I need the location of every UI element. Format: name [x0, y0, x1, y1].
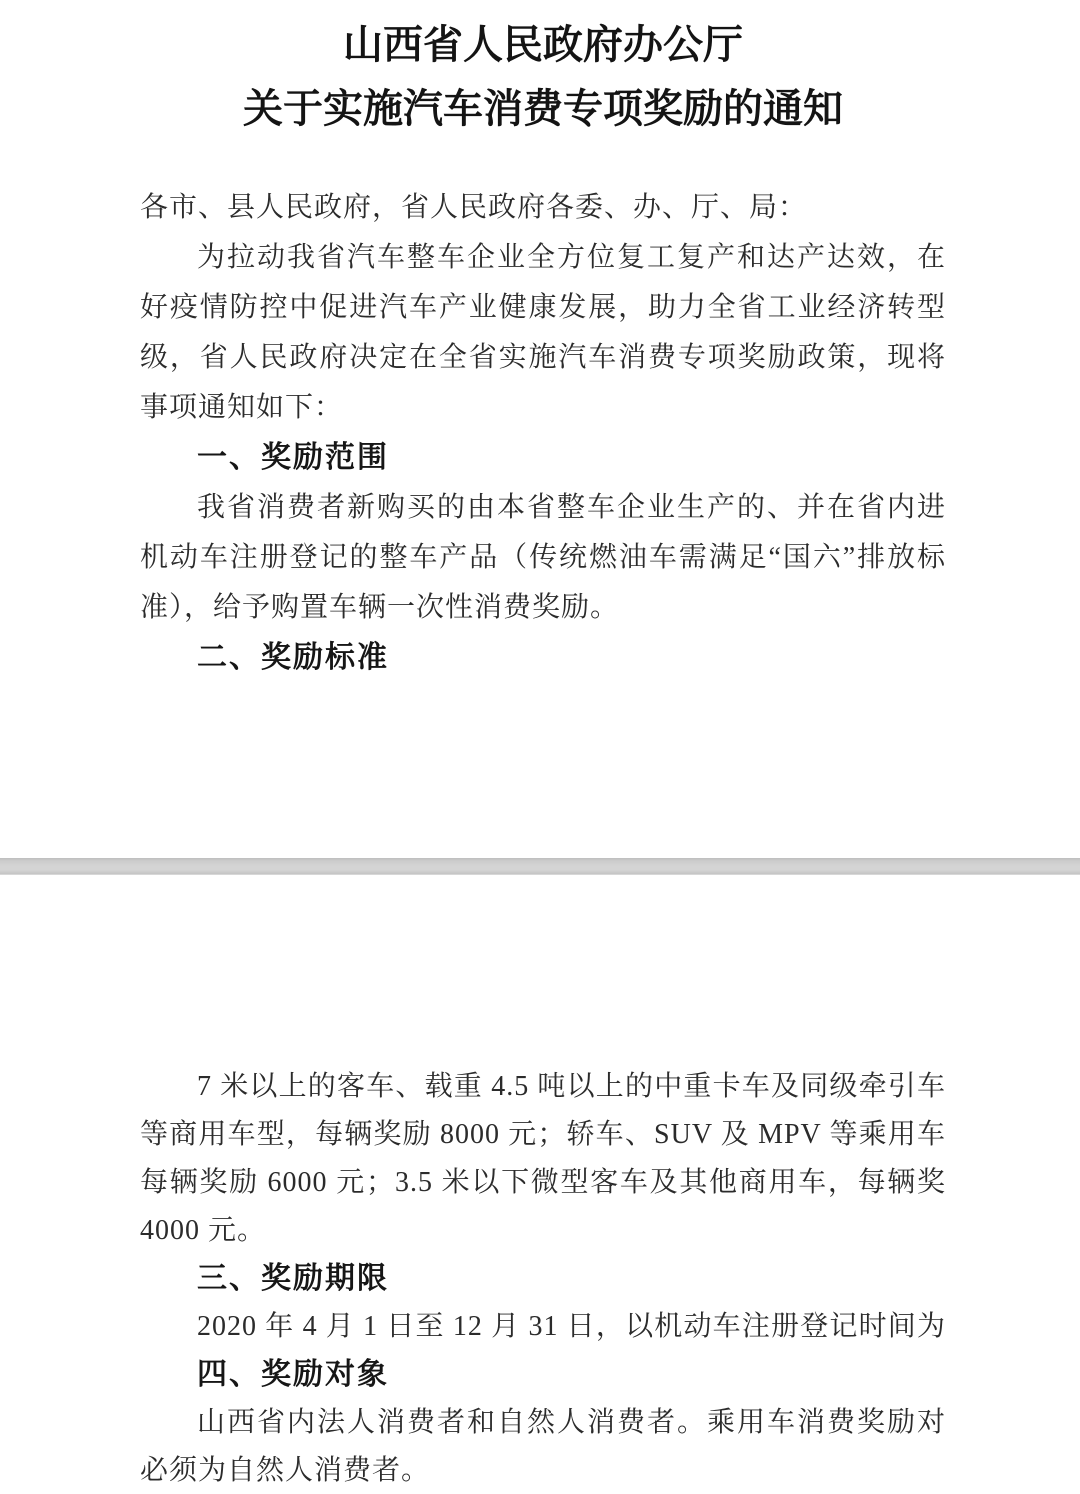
text-line: 山西省内法人消费者和自然人消费者。乘用车消费奖励对象 — [140, 1399, 946, 1447]
section-heading: 三、奖励期限 — [140, 1255, 946, 1303]
text-line: 等商用车型，每辆奖励 8000 元；轿车、SUV 及 MPV 等乘用车型， — [140, 1111, 946, 1159]
document-view: 山西省人民政府办公厅 关于实施汽车消费专项奖励的通知 各市、县人民政府，省人民政… — [0, 0, 1080, 1494]
text-line: 我省消费者新购买的由本省整车企业生产的、并在省内进行 — [140, 483, 946, 533]
text-line: 准），给予购置车辆一次性消费奖励。 — [140, 583, 946, 633]
text-line: 各市、县人民政府，省人民政府各委、办、厅、局： — [140, 183, 946, 233]
section-heading: 一、奖励范围 — [140, 433, 946, 483]
page1-body: 各市、县人民政府，省人民政府各委、办、厅、局：为拉动我省汽车整车企业全方位复工复… — [140, 183, 946, 683]
page-divider — [0, 858, 1080, 875]
document-title-block: 山西省人民政府办公厅 关于实施汽车消费专项奖励的通知 — [140, 22, 946, 150]
text-line: 必须为自然人消费者。 — [140, 1447, 946, 1494]
text-line: 事项通知如下： — [140, 383, 946, 433]
text-line: 好疫情防控中促进汽车产业健康发展，助力全省工业经济转型升 — [140, 283, 946, 333]
text-line: 7 米以上的客车、载重 4.5 吨以上的中重卡车及同级牵引车 — [140, 1063, 946, 1111]
section-heading: 四、奖励对象 — [140, 1351, 946, 1399]
page2-body: 7 米以上的客车、载重 4.5 吨以上的中重卡车及同级牵引车等商用车型，每辆奖励… — [140, 1063, 946, 1494]
text-line: 级，省人民政府决定在全省实施汽车消费专项奖励政策，现将有关 — [140, 333, 946, 383]
section-heading: 二、奖励标准 — [140, 633, 946, 683]
document-title-line2: 关于实施汽车消费专项奖励的通知 — [140, 86, 946, 132]
document-title-line1: 山西省人民政府办公厅 — [140, 22, 946, 68]
text-line: 2020 年 4 月 1 日至 12 月 31 日，以机动车注册登记时间为准。 — [140, 1303, 946, 1351]
text-line: 4000 元。 — [140, 1207, 946, 1255]
text-line: 机动车注册登记的整车产品（传统燃油车需满足“国六”排放标 — [140, 533, 946, 583]
text-line: 每辆奖励 6000 元；3.5 米以下微型客车及其他商用车，每辆奖励 — [140, 1159, 946, 1207]
text-line: 为拉动我省汽车整车企业全方位复工复产和达产达效，在抓 — [140, 233, 946, 283]
